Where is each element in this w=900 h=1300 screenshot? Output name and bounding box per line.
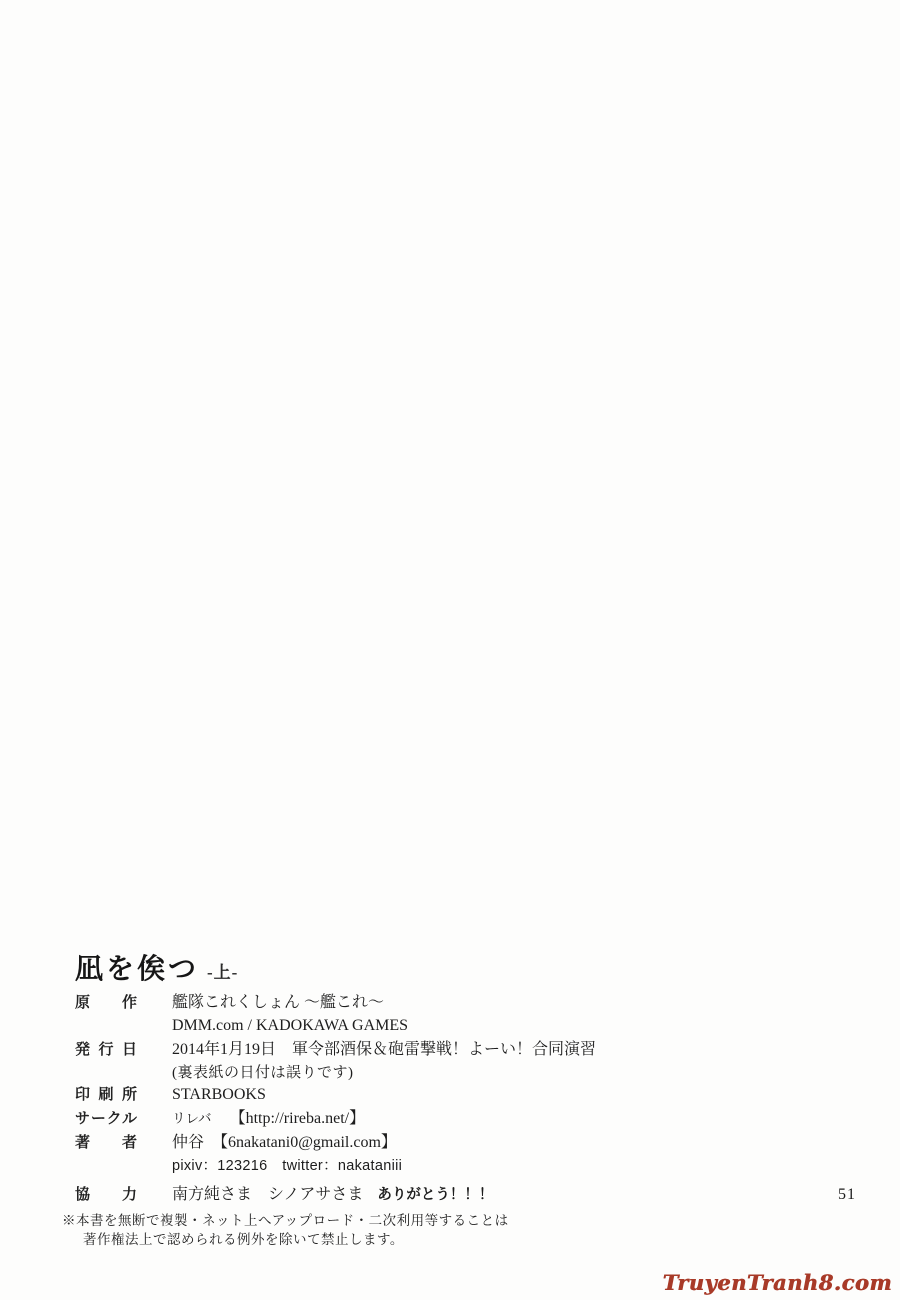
publication-date-note: (裏表紙の日付は誤りです)	[172, 1065, 354, 1081]
cooperation-names: 南方純さま シノアサさま	[172, 1186, 363, 1203]
book-title-text: 凪を俟つ	[75, 954, 199, 985]
credit-label-publication-date: 発行日	[75, 1038, 137, 1059]
colophon-page: 凪を俟つ -上- 原作 艦隊これくしょん ～艦これ～ DMM.com / KAD…	[0, 0, 900, 1300]
credit-row-cooperation: 協力 南方純さま シノアサさま ありがとう！！！	[75, 1183, 493, 1207]
copyright-notice-line2: 著作権法上で認められる例外を除いて禁止します。	[83, 1230, 509, 1249]
publication-date-line1: 2014年1月19日 軍令部酒保＆砲雷撃戦！よーい！合同演習	[172, 1041, 596, 1058]
author-name-email: 仲谷 【6nakatani0@gmail.com】	[172, 1134, 397, 1151]
circle-name: リレバ	[172, 1111, 212, 1126]
credit-label-cooperation: 協力	[75, 1183, 137, 1204]
credit-row-printer: 印刷所 STARBOOKS	[75, 1083, 266, 1106]
credit-label-author: 著者	[75, 1131, 137, 1152]
credit-label-original-work: 原作	[75, 991, 137, 1012]
copyright-notice: ※本書を無断で複製・ネット上へアップロード・二次利用等することは 著作権法上で認…	[62, 1211, 509, 1249]
credit-row-circle: サークル リレバ 【http://rireba.net/】	[75, 1107, 365, 1130]
book-title-suffix: -上-	[207, 963, 238, 982]
circle-url: 【http://rireba.net/】	[230, 1110, 366, 1127]
copyright-notice-line1: ※本書を無断で複製・ネット上へアップロード・二次利用等することは	[62, 1211, 509, 1230]
credit-row-author: 著者 仲谷 【6nakatani0@gmail.com】 pixiv：12321…	[75, 1131, 402, 1178]
book-title: 凪を俟つ -上-	[75, 947, 238, 987]
original-work-line2: DMM.com / KADOKAWA GAMES	[172, 1017, 408, 1034]
site-watermark: TruyenTranh8.com	[662, 1270, 892, 1295]
thanks-text: ありがとう！！！	[377, 1187, 493, 1203]
credit-row-publication-date: 発行日 2014年1月19日 軍令部酒保＆砲雷撃戦！よーい！合同演習 (裏表紙の…	[75, 1038, 596, 1085]
original-work-line1: 艦隊これくしょん ～艦これ～	[172, 994, 384, 1011]
credit-label-printer: 印刷所	[75, 1083, 137, 1104]
credit-row-original-work: 原作 艦隊これくしょん ～艦これ～ DMM.com / KADOKAWA GAM…	[75, 991, 408, 1037]
printer-name: STARBOOKS	[172, 1083, 266, 1106]
author-social-accounts: pixiv：123216 twitter：nakataniii	[172, 1158, 402, 1174]
credit-label-circle: サークル	[75, 1107, 137, 1128]
page-number: 51	[838, 1186, 856, 1204]
